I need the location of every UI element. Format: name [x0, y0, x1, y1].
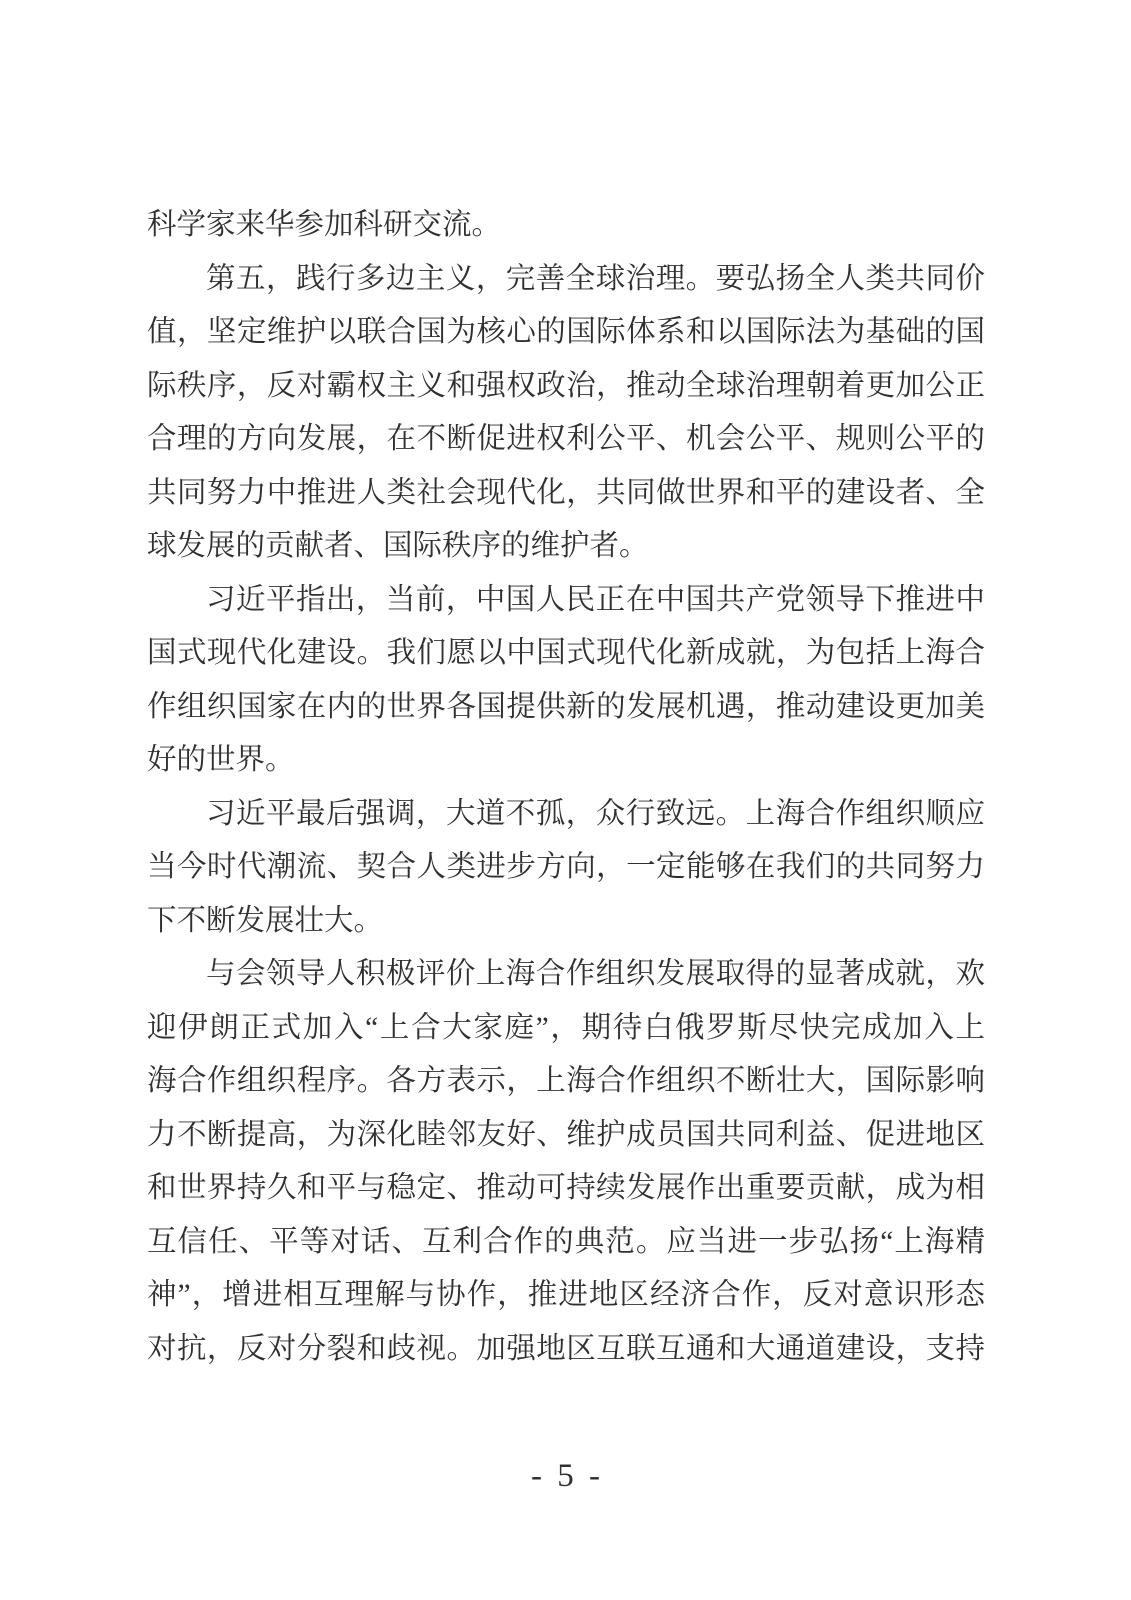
- text-line: 习近平指出，当前，中国人民正在中国共产党领导下推进中: [147, 574, 985, 628]
- document-body: 科学家来华参加科研交流。第五，践行多边主义，完善全球治理。要弘扬全人类共同价值，…: [147, 199, 985, 1376]
- text-line: 第五，践行多边主义，完善全球治理。要弘扬全人类共同价: [147, 253, 985, 307]
- text-line: 海合作组织程序。各方表示，上海合作组织不断壮大，国际影响: [147, 1055, 985, 1109]
- text-line: 力不断提高，为深化睦邻友好、维护成员国共同利益、促进地区: [147, 1109, 985, 1163]
- text-line: 神”，增进相互理解与协作，推进地区经济合作，反对意识形态: [147, 1269, 985, 1323]
- text-line: 值，坚定维护以联合国为核心的国际体系和以国际法为基础的国: [147, 306, 985, 360]
- paragraph: 科学家来华参加科研交流。: [147, 199, 985, 253]
- text-line: 好的世界。: [147, 734, 985, 788]
- paragraph: 习近平指出，当前，中国人民正在中国共产党领导下推进中国式现代化建设。我们愿以中国…: [147, 574, 985, 788]
- paragraph: 习近平最后强调，大道不孤，众行致远。上海合作组织顺应当今时代潮流、契合人类进步方…: [147, 788, 985, 949]
- text-line: 际秩序，反对霸权主义和强权政治，推动全球治理朝着更加公正: [147, 360, 985, 414]
- page-footer: - 5 -: [0, 1455, 1131, 1497]
- text-line: 对抗，反对分裂和歧视。加强地区互联互通和大通道建设，支持: [147, 1323, 985, 1377]
- text-line: 和世界持久和平与稳定、推动可持续发展作出重要贡献，成为相: [147, 1162, 985, 1216]
- text-line: 下不断发展壮大。: [147, 895, 985, 949]
- page-number: - 5 -: [531, 1458, 600, 1494]
- text-line: 当今时代潮流、契合人类进步方向，一定能够在我们的共同努力: [147, 841, 985, 895]
- text-line: 球发展的贡献者、国际秩序的维护者。: [147, 520, 985, 574]
- text-line: 科学家来华参加科研交流。: [147, 199, 985, 253]
- text-line: 国式现代化建设。我们愿以中国式现代化新成就，为包括上海合: [147, 627, 985, 681]
- document-page: 科学家来华参加科研交流。第五，践行多边主义，完善全球治理。要弘扬全人类共同价值，…: [0, 0, 1131, 1600]
- paragraph: 第五，践行多边主义，完善全球治理。要弘扬全人类共同价值，坚定维护以联合国为核心的…: [147, 253, 985, 574]
- text-line: 与会领导人积极评价上海合作组织发展取得的显著成就，欢: [147, 948, 985, 1002]
- text-line: 互信任、平等对话、互利合作的典范。应当进一步弘扬“上海精: [147, 1216, 985, 1270]
- text-line: 迎伊朗正式加入“上合大家庭”，期待白俄罗斯尽快完成加入上: [147, 1002, 985, 1056]
- text-line: 作组织国家在内的世界各国提供新的发展机遇，推动建设更加美: [147, 681, 985, 735]
- text-line: 习近平最后强调，大道不孤，众行致远。上海合作组织顺应: [147, 788, 985, 842]
- paragraph: 与会领导人积极评价上海合作组织发展取得的显著成就，欢迎伊朗正式加入“上合大家庭”…: [147, 948, 985, 1376]
- text-line: 共同努力中推进人类社会现代化，共同做世界和平的建设者、全: [147, 467, 985, 521]
- text-line: 合理的方向发展，在不断促进权利公平、机会公平、规则公平的: [147, 413, 985, 467]
